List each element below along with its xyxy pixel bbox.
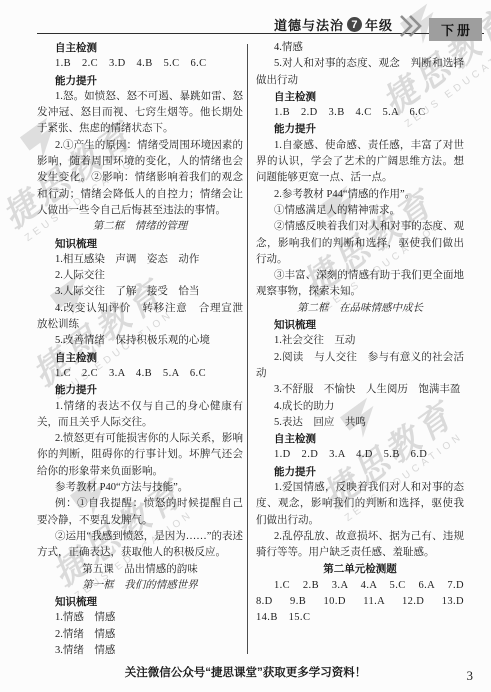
text-block: 4.成长的助力: [256, 399, 464, 415]
text-block: 4.情感: [256, 40, 464, 56]
text-block: 1.B 2.C 3.D 4.B 5.C 6.C: [37, 56, 243, 72]
text-block: 3.人际交往 了解 接受 恰当: [37, 284, 243, 300]
text-block: 1.B 2.D 3.B 4.C 5.A 6.C: [256, 105, 464, 121]
header-row: 道德与法治 7 年级 下册: [274, 17, 482, 40]
text-block: 参考教材 P40“方法与技能”。: [37, 480, 243, 496]
volume-badge: 下册: [429, 18, 482, 41]
text-block: 1.C 2.C 3.A 4.B 5.A 6.C: [37, 366, 243, 382]
text-block: 1.社会交往 互动: [256, 333, 464, 349]
grade-number: 7: [351, 19, 357, 31]
text-block: 自主检测: [37, 40, 243, 56]
footer-notice: 关注微信公众号“捷思课堂”获取更多学习资料！: [0, 664, 491, 680]
text-block: 第二单元检测题: [256, 562, 464, 578]
text-block: 第一框 我们的情感世界: [37, 578, 243, 594]
text-block: ②运用“我感到愤怒，是因为……”的表述方式，正确表达，获取他人的积极反应。: [37, 529, 243, 562]
page-number: 3: [467, 668, 474, 684]
grade-circle-badge: 7: [347, 17, 362, 32]
text-block: 2.乱停乱放、故意损坏、据为己有、违规骑行等等。用户缺乏责任感、羞耻感。: [256, 529, 464, 562]
text-block: 2.①产生的原因：情绪受周围环境因素的影响，随着周围环境的变化，人的情绪也会发生…: [37, 138, 243, 219]
text-block: 自主检测: [256, 431, 464, 447]
text-block: 第二框 在品味情感中成长: [256, 301, 464, 317]
text-block: 1.情感 情感: [37, 610, 243, 626]
text-block: ②情感反映着我们对人和对事的态度、观念，影响我们的判断和选择，驱使我们做出行动。: [256, 219, 464, 268]
text-block: 5.表达 回应 共鸣: [256, 415, 464, 431]
text-block: 2.阅读 与人交往 参与有意义的社会活动: [256, 350, 464, 383]
column-divider: [247, 44, 248, 654]
text-block: 知识梳理: [37, 594, 243, 610]
text-block: 自主检测: [37, 350, 243, 366]
text-block: 例：①自我提醒：愤怒的时候提醒自己要冷静，不要乱发脾气。: [37, 496, 243, 529]
text-block: 1.C 2.B 3.A 4.A 5.C 6.A 7.D 8.D 9.B 10.D…: [256, 578, 464, 627]
text-block: 2.愤怒更有可能损害你的人际关系，影响你的判断，阻碍你的行事计划。坏脾气还会给你…: [37, 431, 243, 480]
text-block: 5.改善情绪 保持积极乐观的心境: [37, 333, 243, 349]
text-block: 5.对人和对事的态度、观念 判断和选择 做出行动: [256, 56, 464, 89]
text-block: 能力提升: [37, 73, 243, 89]
text-block: 4.改变认知评价 转移注意 合理宣泄 放松训练: [37, 301, 243, 334]
text-block: 能力提升: [256, 464, 464, 480]
book-title: 道德与法治: [274, 15, 344, 34]
text-block: 知识梳理: [256, 317, 464, 333]
text-block: 3.情绪 情感: [37, 643, 243, 659]
text-block: 第二框 情绪的管理: [37, 219, 243, 235]
right-column: 4.情感5.对人和对事的态度、观念 判断和选择 做出行动自主检测1.B 2.D …: [256, 40, 464, 627]
text-block: 3.不舒服 不愉快 人生阅历 饱满丰盈: [256, 382, 464, 398]
text-block: 能力提升: [256, 121, 464, 137]
header: 道德与法治 7 年级 下册: [37, 8, 484, 34]
text-block: 知识梳理: [37, 236, 243, 252]
text-block: 1.怒。如愤怒、怒不可遏、暴跳如雷、怒发冲冠、怒目而视、七窍生烟等。他长期处于紧…: [37, 89, 243, 138]
text-block: 1.爱国情感，反映着我们对人和对事的态度、观念，影响我们的判断和选择，驱使我们做…: [256, 480, 464, 529]
text-block: 1.D 2.D 3.A 4.D 5.B 6.D: [256, 447, 464, 463]
text-block: 1.自豪感、使命感、责任感，丰富了对世界的认识，学会了艺术的广阔思维方法。想问题…: [256, 138, 464, 187]
text-block: 2.人际交往: [37, 268, 243, 284]
text-block: ③丰富、深刻的情感有助于我们更全面地观察事物，探索未知。: [256, 268, 464, 301]
text-block: ①情感满足人的精神需求。: [256, 203, 464, 219]
text-block: 第五课 品出情感的韵味: [37, 562, 243, 578]
text-block: 1.相互感染 声调 姿态 动作: [37, 252, 243, 268]
grade-label: 年级: [365, 15, 393, 34]
left-column: 自主检测1.B 2.C 3.D 4.B 5.C 6.C能力提升1.怒。如愤怒、怒…: [37, 40, 243, 659]
text-block: 自主检测: [256, 89, 464, 105]
text-block: 能力提升: [37, 382, 243, 398]
workbook-answer-page: 捷思教育 ZEUS EDUCATION 捷思教育 ZEUS EDUCATION …: [0, 0, 491, 692]
text-block: 2.参考教材 P44“情感的作用”。: [256, 187, 464, 203]
text-block: 1.情绪的表达不仅与自己的身心健康有关，而且关乎人际交往。: [37, 399, 243, 432]
double-chevron-icon: [398, 15, 424, 37]
text-block: 2.情绪 情感: [37, 627, 243, 643]
